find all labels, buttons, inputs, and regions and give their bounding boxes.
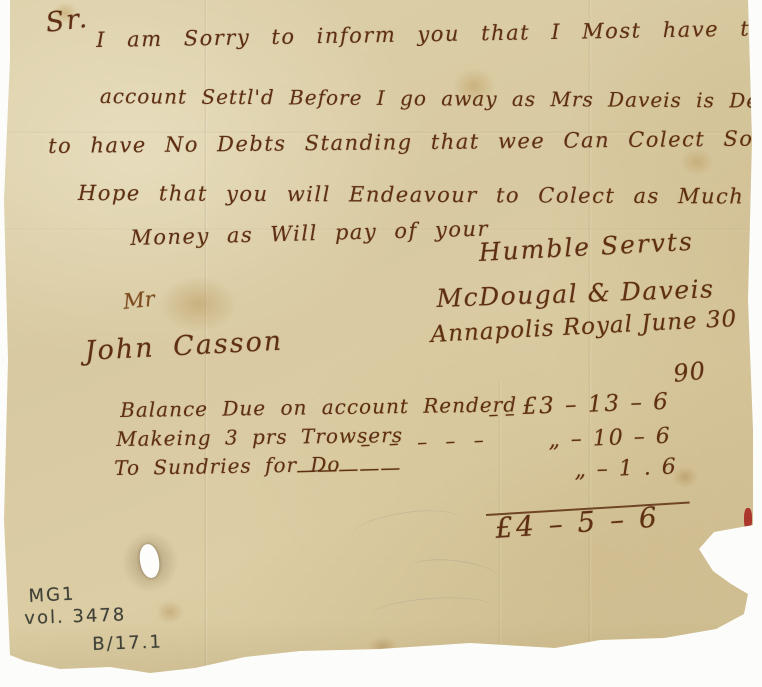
stain-spot: [680, 148, 714, 176]
account-item-amount: „ – 10 – 6: [548, 424, 672, 453]
account-item-lead-dashes: – – – – –: [360, 427, 490, 456]
body-line-4: Hope that you will Endeavour to Colect a…: [78, 181, 744, 208]
body-line-1: I am Sorry to inform you that I Most hav…: [96, 16, 762, 52]
addressee-name: John Casson: [84, 326, 284, 367]
body-line-2: account Settl'd Before I go away as Mrs …: [100, 84, 762, 113]
ghost-writing-mark: [350, 504, 463, 550]
ghost-writing-mark: [371, 594, 492, 627]
valediction: Humble Servts: [478, 227, 694, 267]
account-total: £4 – 5 – 6: [494, 501, 661, 545]
stain-spot: [368, 636, 398, 658]
stain-spot: [156, 600, 184, 624]
account-item-amount: „ – 1 . 6: [574, 454, 678, 483]
scanned-document-page: Sr. I am Sorry to inform you that I Most…: [0, 0, 762, 687]
archival-mark-fonds: MG1: [28, 584, 76, 607]
paper-hole: [137, 543, 161, 580]
account-item-description: Balance Due on account Renderd: [120, 392, 517, 422]
wax-seal-remnant: [744, 508, 752, 530]
addressee-prefix: Mr: [122, 287, 156, 314]
archival-mark-item: B/17.1: [92, 632, 163, 655]
stain-blotch: [158, 276, 238, 332]
ghost-writing-mark: [407, 555, 499, 591]
account-item-amount: £3 – 13 – 6: [522, 389, 670, 420]
account-item-lead-dashes: – –: [488, 401, 515, 426]
archival-mark-volume: vol. 3478: [24, 604, 127, 629]
body-line-5: Money as Will pay of your: [130, 217, 489, 250]
letter-paper: Sr. I am Sorry to inform you that I Most…: [0, 0, 762, 687]
signature: McDougal & Daveis: [436, 274, 715, 313]
account-item-lead-dashes: —————: [296, 455, 402, 482]
year: 90: [672, 357, 707, 388]
place-date-line: Annapolis Royal June 30: [430, 306, 738, 348]
salutation: Sr.: [44, 3, 90, 39]
